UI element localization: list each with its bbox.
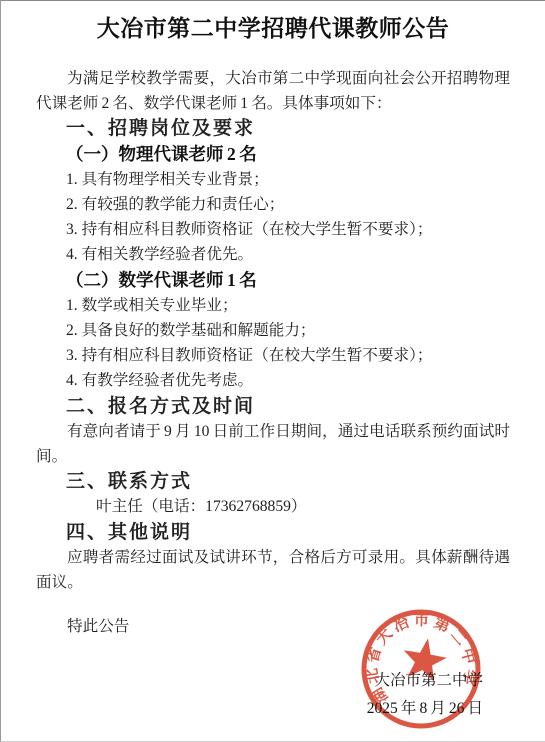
list-item: 2. 具备良好的数学基础和解题能力； [36,318,510,343]
subsection-heading-math: （二）数学代课老师 1 名 [36,268,510,293]
section-heading-2: 二、报名方式及时间 [36,394,510,419]
intro-paragraph: 为满足学校教学需要，大冶市第二中学现面向社会公开招聘物理代课老师 2 名、数学代… [36,66,510,116]
contact-info: 叶主任（电话：17362768859） [36,494,510,519]
list-item: 4. 有教学经验者优先考虑。 [36,368,510,393]
list-item: 3. 持有相应科目教师资格证（在校大学生暂不要求）； [36,217,510,242]
document-content: 大冶市第二中学招聘代课教师公告 为满足学校教学需要，大冶市第二中学现面向社会公开… [1,12,545,639]
registration-paragraph: 有意向者请于 9 月 10 日前工作日期间，通过电话联系预约面试时间。 [36,419,510,469]
section-heading-3: 三、联系方式 [36,469,510,494]
section-heading-1: 一、招聘岗位及要求 [36,116,510,141]
list-item: 2. 有较强的教学能力和责任心； [36,192,510,217]
document-page: 大冶市第二中学招聘代课教师公告 为满足学校教学需要，大冶市第二中学现面向社会公开… [0,0,545,742]
list-item: 3. 持有相应科目教师资格证（在校大学生暂不要求）； [36,343,510,368]
page-title: 大冶市第二中学招聘代课教师公告 [36,12,510,45]
signature-block: 大冶市第二中学 2025 年 8 月 26 日 [367,667,483,723]
signature-school: 大冶市第二中学 [367,667,483,695]
list-item: 1. 数学或相关专业毕业； [36,293,510,318]
list-item: 4. 有相关教学经验者优先。 [36,242,510,267]
other-notes-paragraph: 应聘者需经过面试及试讲环节，合格后方可录用。具体薪酬待遇面议。 [36,545,510,595]
signature-date: 2025 年 8 月 26 日 [367,695,483,723]
section-heading-4: 四、其他说明 [36,520,510,545]
list-item: 1. 具有物理学相关专业背景； [36,167,510,192]
subsection-heading-physics: （一）物理代课老师 2 名 [36,142,510,167]
